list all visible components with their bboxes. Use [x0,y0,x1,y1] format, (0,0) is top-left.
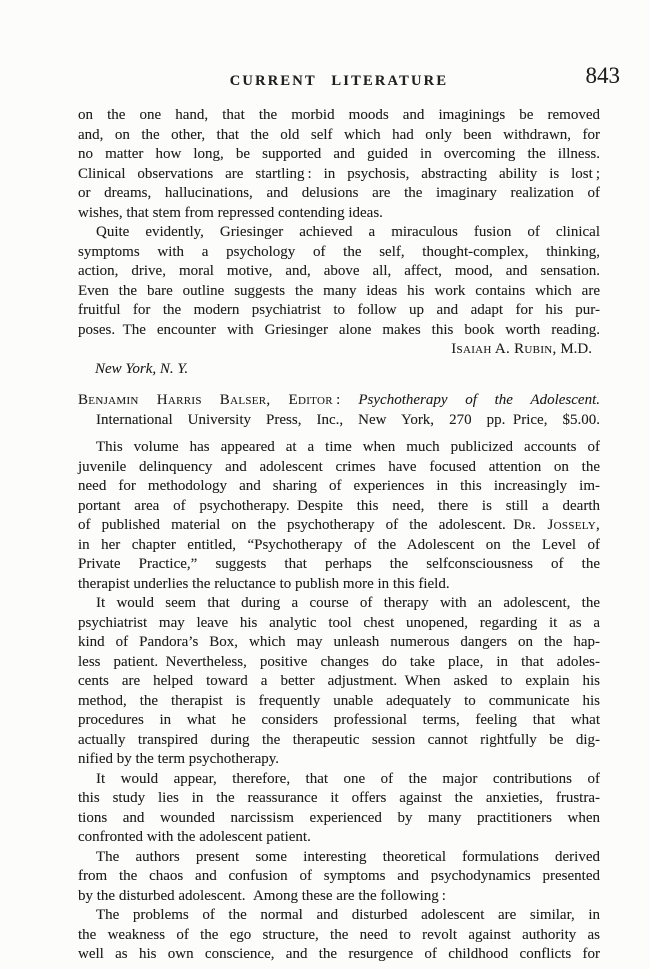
text-line: kind of Pandora’s Box, which may unleash… [78,633,600,653]
text-line: poses. The encounter with Griesinger alo… [78,321,600,341]
text-line: this study lies in the reassurance it of… [78,789,600,809]
text-line: psychiatrist may leave his analytic tool… [78,614,600,634]
text-column: on the one hand, that the morbid moods a… [78,106,600,965]
text-line: Benjamin Harris Balser, Editor : Psychot… [78,391,600,411]
review-paragraph-1: This volume has appeared at a time when … [78,438,600,594]
review-paragraph-5: The problems of the normal and disturbed… [78,906,600,965]
text-line: portant area of psychotherapy. Despite t… [78,497,600,517]
text-line: juvenile delinquency and adolescent crim… [78,458,600,478]
text-line: therapist underlies the reluctance to pu… [78,575,600,595]
small-caps-text: Isaiah A. Rubin, [451,341,556,357]
text-line: in her chapter entitled, “Psychotherapy … [78,536,600,556]
text-line: This volume has appeared at a time when … [78,438,600,458]
text-line: method, the therapist is frequently unab… [78,692,600,712]
small-caps-text: Benjamin Harris Balser, Editor : [78,392,341,408]
text-line: by the disturbed adolescent. Among these… [78,887,600,907]
text-line: or dreams, hallucinations, and delusions… [78,184,600,204]
text-line: Clinical observations are startling : in… [78,165,600,185]
text-line: on the one hand, that the morbid moods a… [78,106,600,126]
text-line: The authors present some interesting the… [78,848,600,868]
review-paragraph-2: It would seem that during a course of th… [78,594,600,770]
text-line: Isaiah A. Rubin, M.D. [78,340,600,360]
text-line: actually transpired during the therapeut… [78,731,600,751]
text-line: less patient. Nevertheless, positive cha… [78,653,600,673]
text-line: of published material on the psychothera… [78,516,600,536]
text-line: Private Practice,” suggests that perhaps… [78,555,600,575]
text-line: no matter how long, be supported and gui… [78,145,600,165]
text-line: procedures in what he considers professi… [78,711,600,731]
text-line: International University Press, Inc., Ne… [78,411,600,431]
italic-text: Psychotherapy of the Adolescent. [358,392,600,408]
text-line: action, drive, moral motive, and, above … [78,262,600,282]
book-citation: Benjamin Harris Balser, Editor : Psychot… [78,391,600,430]
text-line: wishes, that stem from repressed contend… [78,204,600,224]
text-line: cents are helped toward a better adjustm… [78,672,600,692]
text-line: and, on the other, that the old self whi… [78,126,600,146]
text-line: New York, N. Y. [78,360,600,380]
text-line: It would seem that during a course of th… [78,594,600,614]
text-line: tions and wounded narcissism experienced… [78,809,600,829]
review-paragraph-conclusion: Quite evidently, Griesinger achieved a m… [78,223,600,340]
text-line: from the chaos and confusion of symptoms… [78,867,600,887]
reviewer-signature: Isaiah A. Rubin, M.D. [78,340,600,360]
text-line: well as his own conscience, and the resu… [78,945,600,965]
text-line: fruitful for the modern psychiatrist to … [78,301,600,321]
reviewer-location: New York, N. Y. [78,360,600,380]
italic-text: New York, N. Y. [95,361,188,377]
text-line: need for methodology and sharing of expe… [78,477,600,497]
review-paragraph-4: The authors present some interesting the… [78,848,600,907]
page-number: 843 [586,64,621,88]
text-line: Quite evidently, Griesinger achieved a m… [78,223,600,243]
small-caps-text: Dr. Jossely, [513,517,600,533]
text-line: Even the bare outline suggests the many … [78,282,600,302]
text-line: symptoms with a psychology of the self, … [78,243,600,263]
text-line: nified by the term psychotherapy. [78,750,600,770]
review-paragraph-3: It would appear, therefore, that one of … [78,770,600,848]
journal-page: CURRENT LITERATURE 843 on the one hand, … [0,0,650,969]
text-line: It would appear, therefore, that one of … [78,770,600,790]
text-line: The problems of the normal and disturbed… [78,906,600,926]
text-line: confronted with the adolescent patient. [78,828,600,848]
review-paragraph-continuation: on the one hand, that the morbid moods a… [78,106,600,223]
running-head-title: CURRENT LITERATURE [78,73,600,90]
text-line: the weakness of the ego structure, the n… [78,926,600,946]
